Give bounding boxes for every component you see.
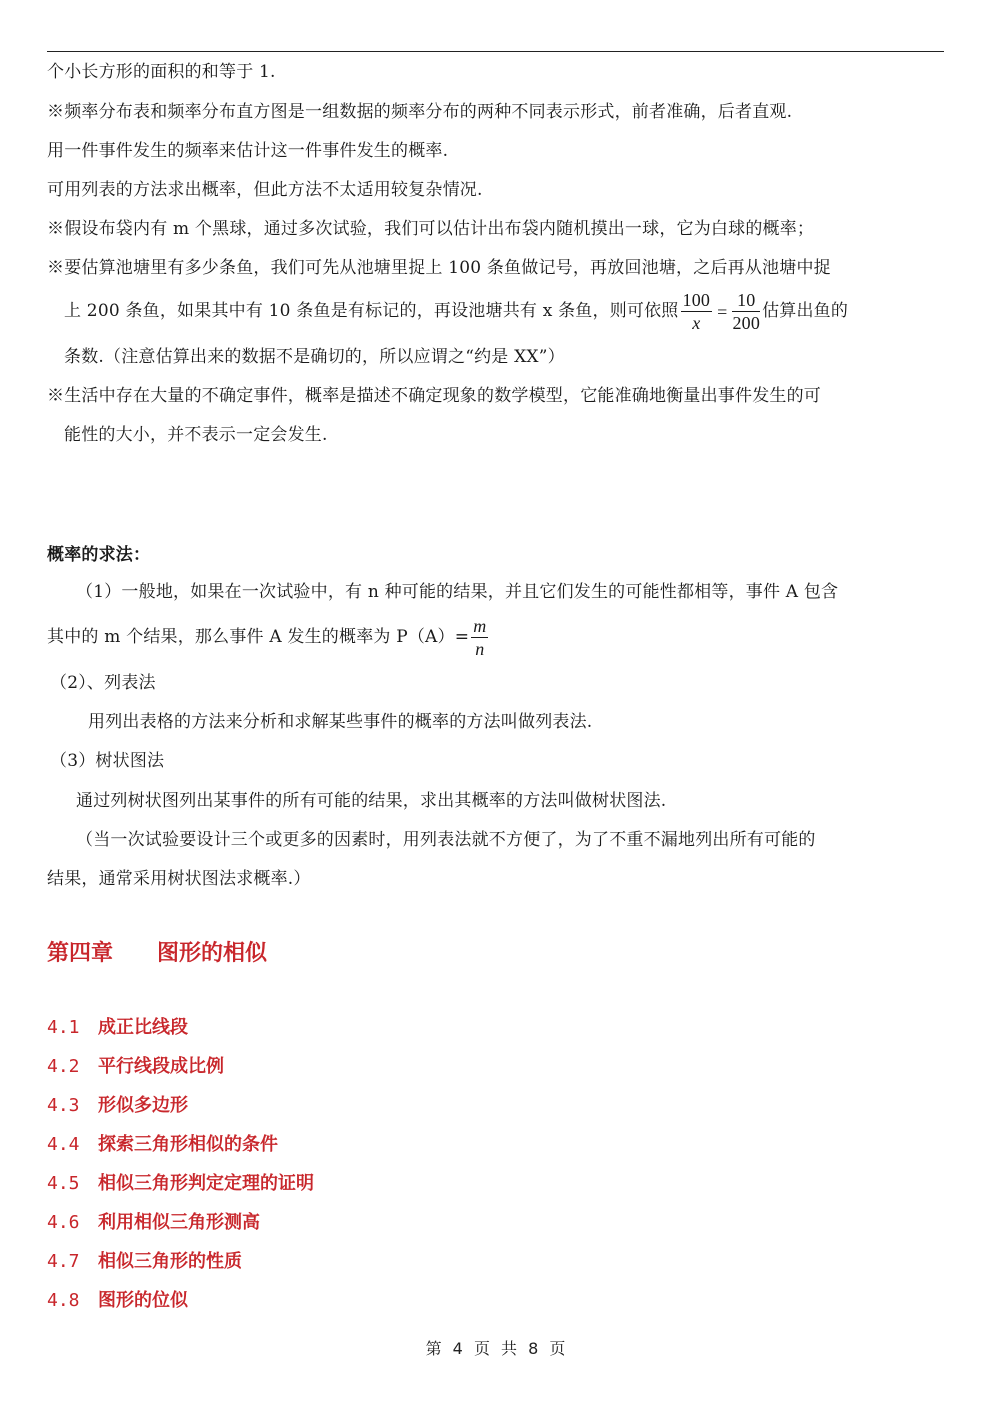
- paragraph-fish-line3: 条数.（注意估算出来的数据不是确切的，所以应谓之“约是 XX”）: [64, 346, 565, 368]
- document-page: 个小长方形的面积的和等于 1. ※频率分布表和频率分布直方图是一组数据的频率分布…: [0, 0, 991, 1402]
- fish-text-before: 上 200 条鱼，如果其中有 10 条鱼是有标记的，再设池塘共有 x 条鱼，则可…: [64, 301, 679, 321]
- paragraph-uncertain-line2: 能性的大小，并不表示一定会发生.: [64, 424, 328, 446]
- method3-title: （3）树状图法: [50, 750, 164, 772]
- section-item: 4.5相似三角形判定定理的证明: [47, 1169, 314, 1195]
- paragraph-uncertain-line1: ※生活中存在大量的不确定事件，概率是描述不确定现象的数学模型，它能准确地衡量出事…: [47, 385, 821, 407]
- fraction-denominator: x: [681, 312, 713, 333]
- section-title: 探索三角形相似的条件: [98, 1134, 278, 1155]
- paragraph-fish-line1: ※要估算池塘里有多少条鱼，我们可先从池塘里捉上 100 条鱼做记号，再放回池塘，…: [47, 257, 831, 279]
- fish-text-after: 估算出鱼的: [762, 301, 848, 321]
- section-number: 4.3: [47, 1095, 98, 1116]
- method1-text: 其中的 m 个结果，那么事件 A 发生的概率为 P（A）=: [47, 627, 469, 647]
- section-title: 形似多边形: [98, 1095, 188, 1116]
- fraction-10-over-200: 10200: [732, 290, 760, 333]
- section-item: 4.8图形的位似: [47, 1286, 188, 1312]
- section-title: 利用相似三角形测高: [98, 1212, 260, 1233]
- fraction-numerator: m: [471, 616, 488, 638]
- fraction-m-over-n: mn: [471, 616, 488, 659]
- section-number: 4.5: [47, 1173, 98, 1194]
- chapter-number: 第四章: [47, 940, 113, 966]
- section-number: 4.8: [47, 1290, 98, 1311]
- section-title: 相似三角形判定定理的证明: [98, 1173, 314, 1194]
- fraction-numerator: 10: [732, 290, 760, 312]
- section-item: 4.7相似三角形的性质: [47, 1247, 242, 1273]
- section-title: 成正比线段: [98, 1017, 188, 1038]
- section-number: 4.7: [47, 1251, 98, 1272]
- section-number: 4.6: [47, 1212, 98, 1233]
- method1-line1: （1）一般地，如果在一次试验中，有 n 种可能的结果，并且它们发生的可能性都相等…: [76, 581, 838, 603]
- paragraph-estimate-probability: 用一件事件发生的频率来估计这一件事件发生的概率.: [47, 140, 448, 162]
- equals-sign: =: [717, 301, 727, 323]
- chapter-heading: 第四章图形的相似: [47, 936, 267, 967]
- section-number: 4.4: [47, 1134, 98, 1155]
- fraction-denominator: 200: [732, 312, 760, 333]
- fraction-numerator: 100: [681, 290, 713, 312]
- method3-note-line1: （当一次试验要设计三个或更多的因素时，用列表法就不方便了，为了不重不漏地列出所有…: [76, 829, 816, 851]
- fraction-denominator: n: [471, 638, 488, 659]
- section-title: 平行线段成比例: [98, 1056, 224, 1077]
- chapter-title: 图形的相似: [157, 940, 267, 966]
- paragraph-fish-line2: 上 200 条鱼，如果其中有 10 条鱼是有标记的，再设池塘共有 x 条鱼，则可…: [64, 290, 848, 333]
- method2-body: 用列出表格的方法来分析和求解某些事件的概率的方法叫做列表法.: [88, 711, 592, 733]
- section-title: 相似三角形的性质: [98, 1251, 242, 1272]
- section-item: 4.1成正比线段: [47, 1013, 188, 1039]
- paragraph-histogram-area: 个小长方形的面积的和等于 1.: [47, 61, 276, 83]
- paragraph-list-method: 可用列表的方法求出概率，但此方法不太适用较复杂情况.: [47, 179, 483, 201]
- section-item: 4.6利用相似三角形测高: [47, 1208, 260, 1234]
- section-item: 4.4探索三角形相似的条件: [47, 1130, 278, 1156]
- method1-line2: 其中的 m 个结果，那么事件 A 发生的概率为 P（A）=mn: [47, 616, 490, 659]
- method3-note-line2: 结果，通常采用树状图法求概率.）: [47, 868, 311, 890]
- fraction-100-over-x: 100x: [681, 290, 713, 333]
- paragraph-ball-bag: ※假设布袋内有 m 个黑球，通过多次试验，我们可以估计出布袋内随机摸出一球，它为…: [47, 218, 814, 240]
- section-title: 图形的位似: [98, 1290, 188, 1311]
- section-item: 4.2平行线段成比例: [47, 1052, 224, 1078]
- header-rule: [47, 51, 944, 52]
- section-item: 4.3形似多边形: [47, 1091, 188, 1117]
- page-footer: 第 4 页 共 8 页: [0, 1336, 991, 1359]
- section-number: 4.2: [47, 1056, 98, 1077]
- section-number: 4.1: [47, 1017, 98, 1038]
- method3-body: 通过列树状图列出某事件的所有可能的结果，求出其概率的方法叫做树状图法.: [76, 790, 666, 812]
- paragraph-frequency-forms: ※频率分布表和频率分布直方图是一组数据的频率分布的两种不同表示形式，前者准确，后…: [47, 101, 792, 123]
- methods-heading: 概率的求法：: [47, 544, 150, 566]
- method2-title: （2）、列表法: [50, 672, 156, 694]
